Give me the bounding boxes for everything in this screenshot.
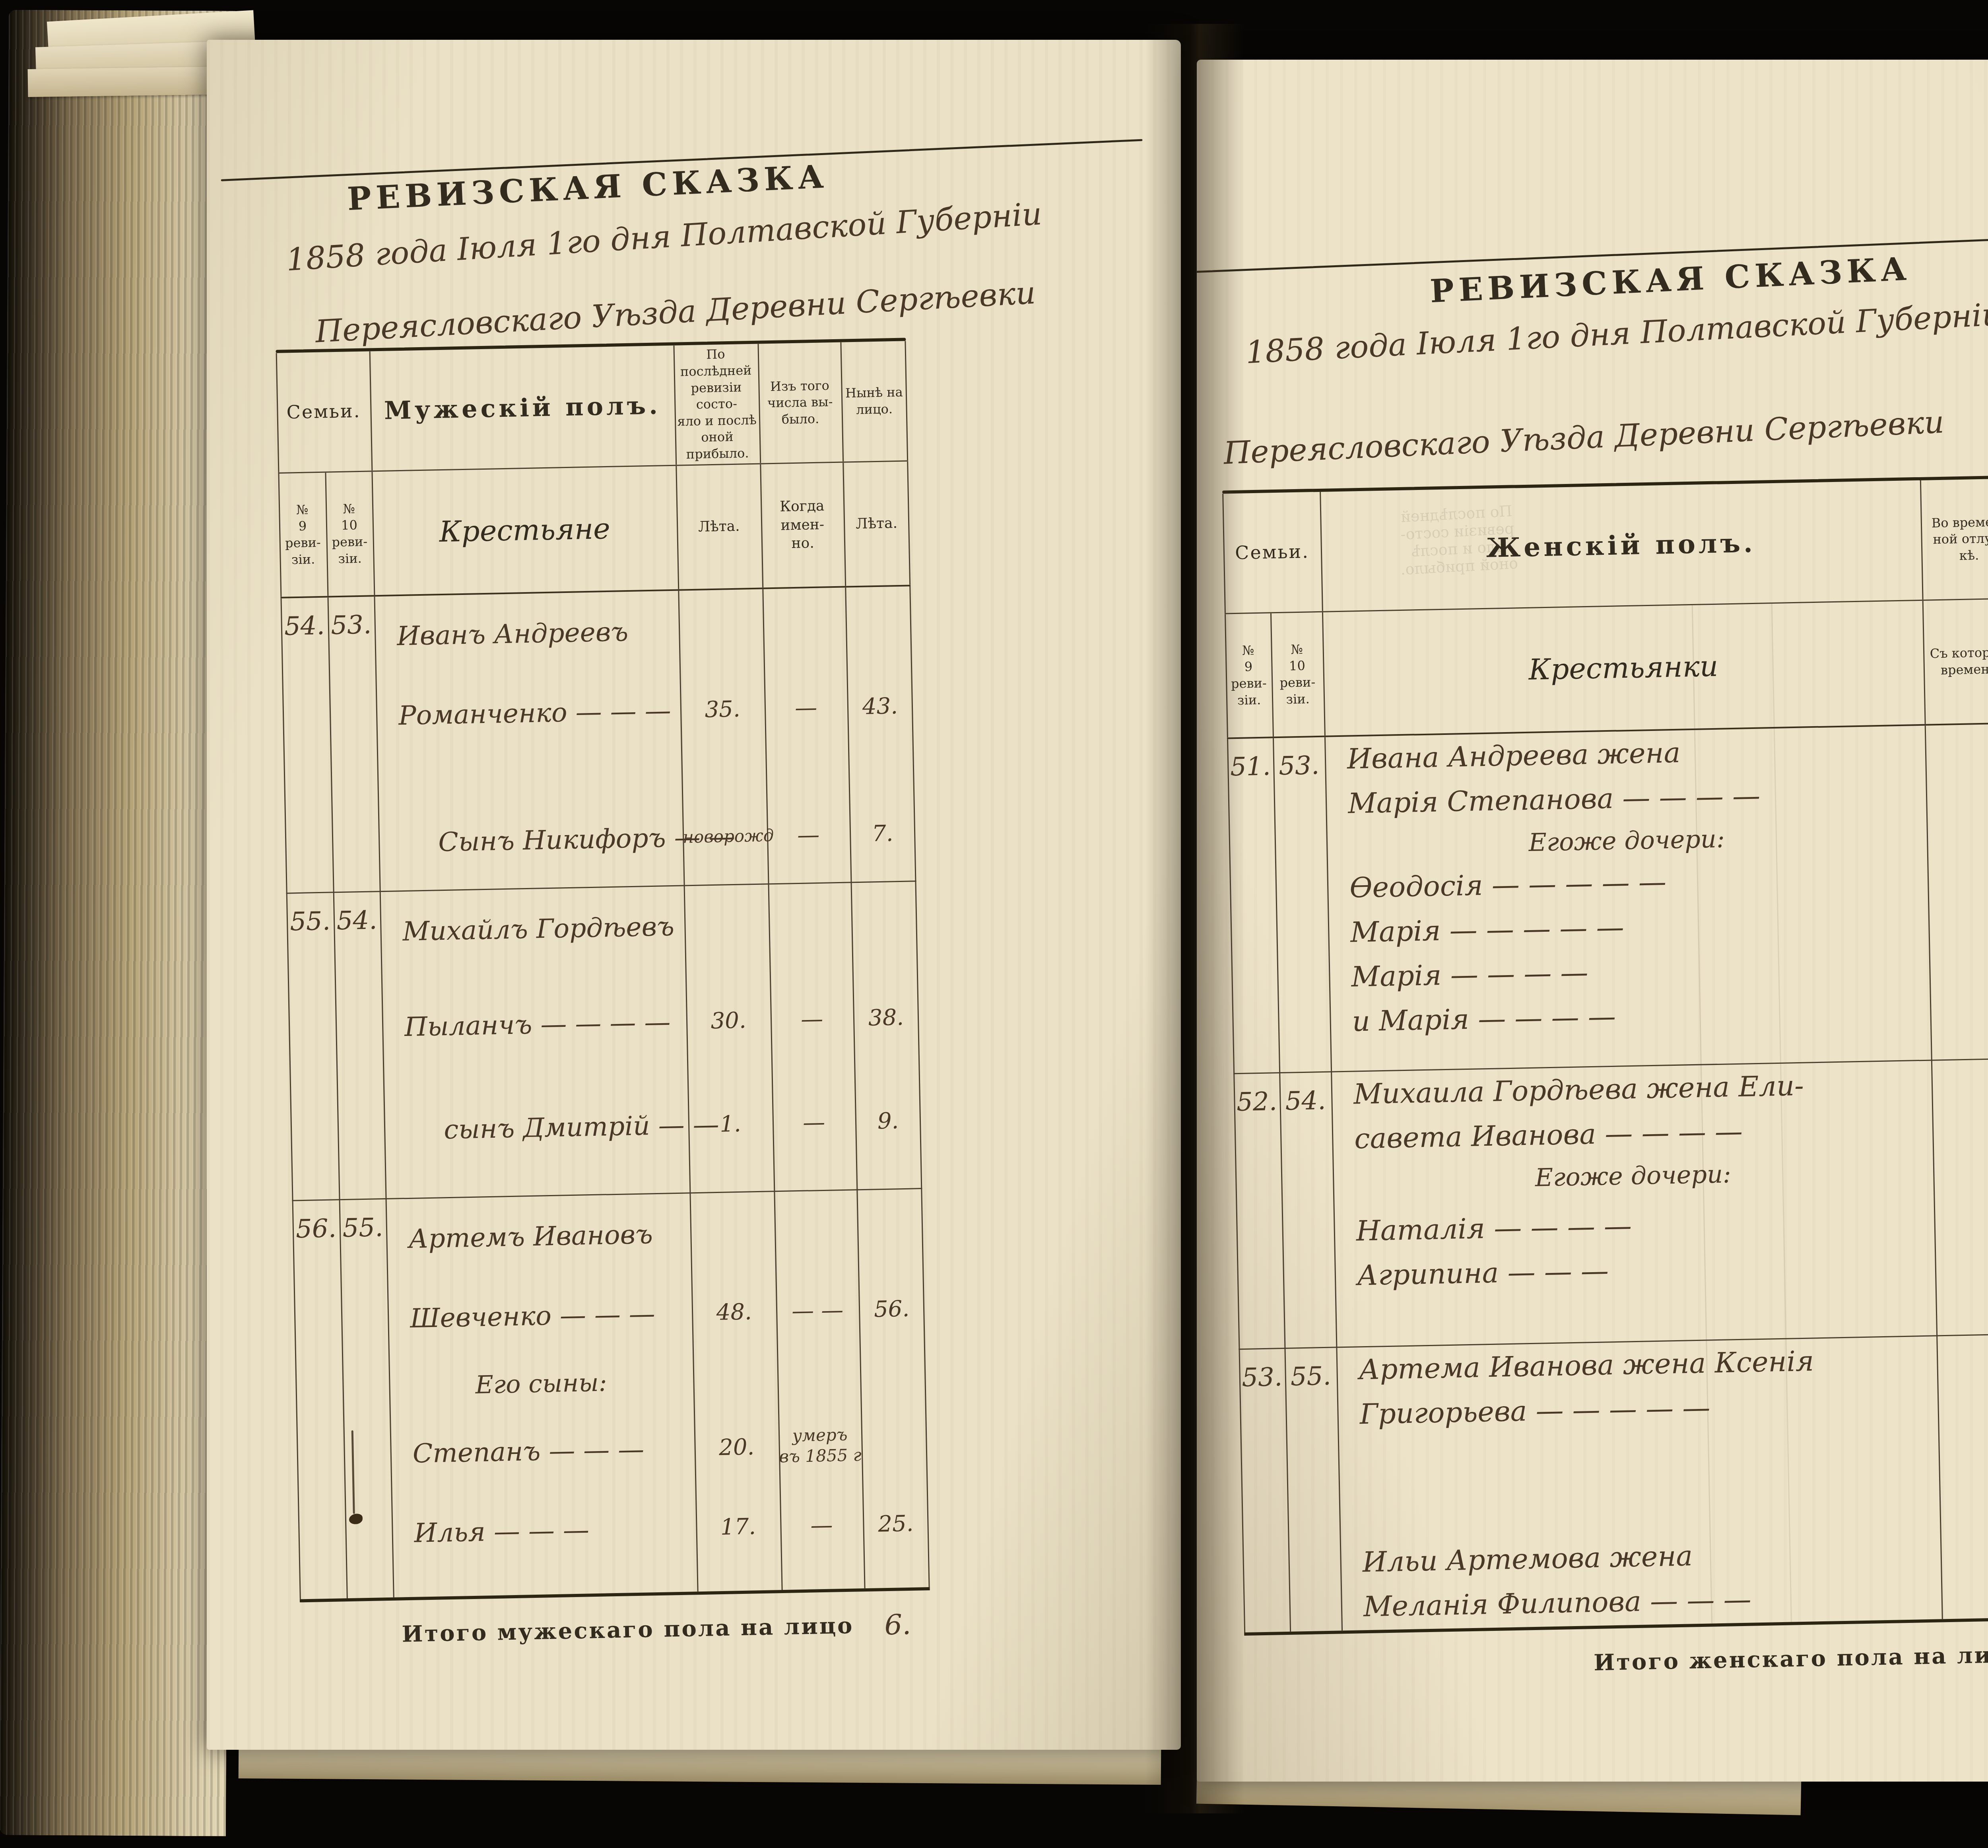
right-page: 967963 РЕВИЗСКАЯ СКАЗКА 1858 года Іюля 1…: [1197, 60, 1988, 1782]
left-page: РЕВИЗСКАЯ СКАЗКА 1858 года Іюля 1го дня …: [207, 40, 1181, 1750]
person-name: Наталія — — — —: [1334, 1204, 1934, 1248]
person-name: сынъ Дмитрій — —: [384, 1110, 689, 1146]
age-value: [1930, 1009, 1988, 1010]
family-block: 51.53.Ивана Андреева женаМарія Степанова…: [1227, 722, 1988, 1075]
col-female-sex: Женскій полъ.: [1320, 480, 1922, 611]
relation-label: Его сыны:: [388, 1352, 694, 1414]
col-present: Нынѣ на лицо.: [840, 341, 908, 462]
family-block: 54.53.Иванъ АндреевъРоманченко — — —35.—…: [281, 586, 916, 894]
rev9-number: 53.: [1239, 1349, 1290, 1632]
col-family: Семьи.: [276, 351, 372, 472]
col-rev9: № 9 реви- зіи.: [278, 473, 327, 597]
col-last-revision-ages: Лѣта.: [676, 464, 762, 589]
age-value: 25.: [863, 1510, 929, 1537]
age-value: —: [764, 694, 847, 721]
person-name: Михайлъ Гордѣевъ: [380, 911, 685, 947]
male-total-row: Итого мужескаго пола на лицо 6.: [300, 1587, 931, 1670]
person-name: Агрипина — — —: [1334, 1248, 1935, 1292]
age-value: 20.: [694, 1434, 779, 1461]
person-name: савета Иванова — — — —: [1332, 1112, 1933, 1156]
person-name: Артемъ Ивановъ: [386, 1218, 691, 1255]
age-value: [1935, 1263, 1988, 1265]
estate-handwritten: Крестьяне: [371, 466, 678, 595]
age-value: —: [770, 1005, 853, 1033]
person-name: Меланія Филипова — — —: [1341, 1579, 1941, 1623]
family-rows: Михаила Гордѣева жена Ели-савета Иванова…: [1331, 1057, 1988, 1347]
family-rows: Артема Иванова жена КсеніяГригорьева — —…: [1336, 1332, 1988, 1630]
person-row: Сынъ Никифоръ — —новорожд—7.: [378, 793, 916, 883]
estate-handwritten: Крестьянки: [1322, 601, 1925, 736]
rev10-number: 54.: [333, 892, 386, 1199]
age-value: 30.: [686, 1007, 771, 1034]
age-value: 35.: [680, 696, 765, 723]
person-name: Артема Иванова жена Ксенія: [1336, 1342, 1937, 1386]
rev10-number: 55.: [1284, 1348, 1342, 1631]
person-row: Шевченко — — —48.— —56.: [387, 1269, 925, 1358]
col-family: Семьи.: [1222, 492, 1322, 613]
col-present-ages: Лѣта.: [843, 461, 911, 586]
age-value: [1934, 1218, 1988, 1220]
col-rev10: № 10 реви- зіи.: [325, 472, 374, 596]
person-name: Шевченко — — —: [388, 1298, 692, 1334]
col-departed: Изъ того числа вы- было.: [757, 342, 843, 463]
age-value: 56.: [858, 1296, 924, 1323]
person-row: Степанъ — — —20.умеръ въ 1855 г: [390, 1404, 928, 1494]
person-name: Илья — — —: [392, 1512, 696, 1549]
person-name: Романченко — — —: [376, 695, 680, 731]
col-absence-since: Съ котораго времени.: [1922, 599, 1988, 724]
age-value: 7.: [850, 820, 916, 847]
family-block: 56.55.Артемъ ИвановъШевченко — — —48.— —…: [292, 1189, 930, 1599]
rev9-number: 54.: [281, 598, 333, 893]
age-value: — —: [776, 1297, 859, 1324]
col-departed-when: Когда имен- но.: [760, 463, 845, 588]
age-value: [1932, 1126, 1988, 1128]
age-value: [862, 1444, 927, 1445]
place-line: Переясловскаго Уѣзда Деревни Сергѣевки: [315, 275, 1037, 350]
row-spacer: [1338, 1421, 1988, 1540]
person-row: Иванъ Андреевъ: [374, 586, 912, 676]
age-value: [1938, 1401, 1988, 1403]
age-value: [1941, 1594, 1988, 1596]
age-value: [1928, 919, 1988, 921]
family-rows: Михайлъ ГордѣевъПыланчъ — — — —30.—38.сы…: [380, 882, 922, 1198]
left-table-body: 54.53.Иванъ АндреевъРоманченко — — —35.—…: [281, 586, 930, 1599]
person-name: Ѳеодосія — — — — —: [1327, 861, 1928, 905]
rev9-number: 55.: [286, 893, 339, 1200]
col-rev9: № 9 реви- зіи.: [1225, 613, 1273, 737]
female-total-label: Итого женскаго пола на лицо: [1244, 1641, 1988, 1683]
rev10-number: 53.: [1273, 737, 1331, 1072]
age-value: [1926, 791, 1988, 793]
age-value: [1929, 964, 1988, 966]
person-name: Марія Степанова — — — —: [1325, 776, 1926, 820]
col-rev10: № 10 реви- зіи.: [1270, 612, 1324, 736]
age-value: —: [767, 821, 850, 849]
person-row: Пыланчъ — — — —30.—38.: [381, 977, 920, 1067]
age-value: 9.: [855, 1108, 921, 1135]
person-row: Артемъ Ивановъ: [386, 1189, 924, 1279]
right-table-body: 51.53.Ивана Андреева женаМарія Степанова…: [1227, 722, 1988, 1632]
person-name: Михаила Гордѣева жена Ели-: [1331, 1067, 1932, 1111]
age-value: умеръ въ 1855 г: [779, 1424, 862, 1467]
age-value: 17.: [696, 1513, 780, 1541]
age-value: 1.: [688, 1110, 773, 1138]
person-name: Ивана Андреева жена: [1324, 732, 1925, 776]
family-block: 52.54.Михаила Гордѣева жена Ели-савета И…: [1233, 1057, 1988, 1350]
person-name: Ильи Артемова жена: [1340, 1535, 1941, 1579]
rev9-number: 56.: [292, 1200, 347, 1599]
person-row: Илья — — —17.—25.: [391, 1483, 930, 1573]
age-value: —: [780, 1512, 863, 1539]
family-rows: Артемъ ИвановъШевченко — — —48.— —56.Его…: [386, 1189, 930, 1597]
family-block: 53.55.Артема Иванова жена КсеніяГригорье…: [1239, 1332, 1988, 1632]
male-total-value: 6.: [865, 1608, 931, 1642]
rev9-number: 51.: [1227, 738, 1279, 1073]
person-name: Степанъ — — —: [390, 1433, 695, 1469]
family-rows: Иванъ АндреевъРоманченко — — —35.—43.Сын…: [374, 586, 916, 891]
age-value: новорожд: [683, 825, 767, 848]
revision-list-book-photo: РЕВИЗСКАЯ СКАЗКА 1858 года Іюля 1го дня …: [0, 0, 1988, 1848]
rev10-number: 53.: [327, 597, 379, 892]
person-name: Марія — — — —: [1329, 950, 1930, 994]
male-total-label: Итого мужескаго пола на лицо: [300, 1612, 865, 1649]
age-value: [1928, 875, 1988, 877]
person-name: Иванъ Андреевъ: [375, 615, 679, 652]
family-block: 55.54.Михайлъ ГордѣевъПыланчъ — — — —30.…: [286, 882, 922, 1201]
left-revision-table: Семьи. Мужескій полъ. По послѣдней ревиз…: [276, 338, 931, 1670]
col-last-revision: По послѣдней ревизіи состо- яло и послѣ …: [673, 344, 760, 465]
right-revision-table: По послѣдней ревизіи состо- яло и послѣ …: [1222, 473, 1988, 1703]
age-value: 38.: [853, 1004, 919, 1031]
age-value: 48.: [692, 1298, 777, 1326]
person-row: Михайлъ Гордѣевъ: [380, 882, 918, 972]
person-row: сынъ Дмитрій — —1.—9.: [383, 1080, 922, 1170]
person-name: Григорьева — — — — —: [1337, 1387, 1938, 1431]
rev10-number: 54.: [1279, 1073, 1336, 1348]
person-row: Романченко — — —35.—43.: [375, 666, 914, 756]
person-name: Марія — — — — —: [1328, 905, 1929, 949]
rev10-number: 55.: [339, 1199, 393, 1598]
col-male-sex: Мужескій полъ.: [369, 346, 676, 471]
person-name: Пыланчъ — — — —: [382, 1006, 687, 1043]
person-name: и Марія — — — —: [1330, 994, 1930, 1038]
col-absence: Во времен- ной отлуч- кѣ.: [1920, 478, 1988, 600]
place-line: Переясловскаго Уѣзда Деревни Сергѣевки: [1223, 404, 1945, 472]
person-name: Сынъ Никифоръ — —: [379, 822, 683, 859]
family-rows: Ивана Андреева женаМарія Степанова — — —…: [1324, 722, 1988, 1071]
age-value: 43.: [847, 693, 913, 720]
age-value: —: [772, 1109, 855, 1136]
rev9-number: 52.: [1233, 1073, 1284, 1349]
